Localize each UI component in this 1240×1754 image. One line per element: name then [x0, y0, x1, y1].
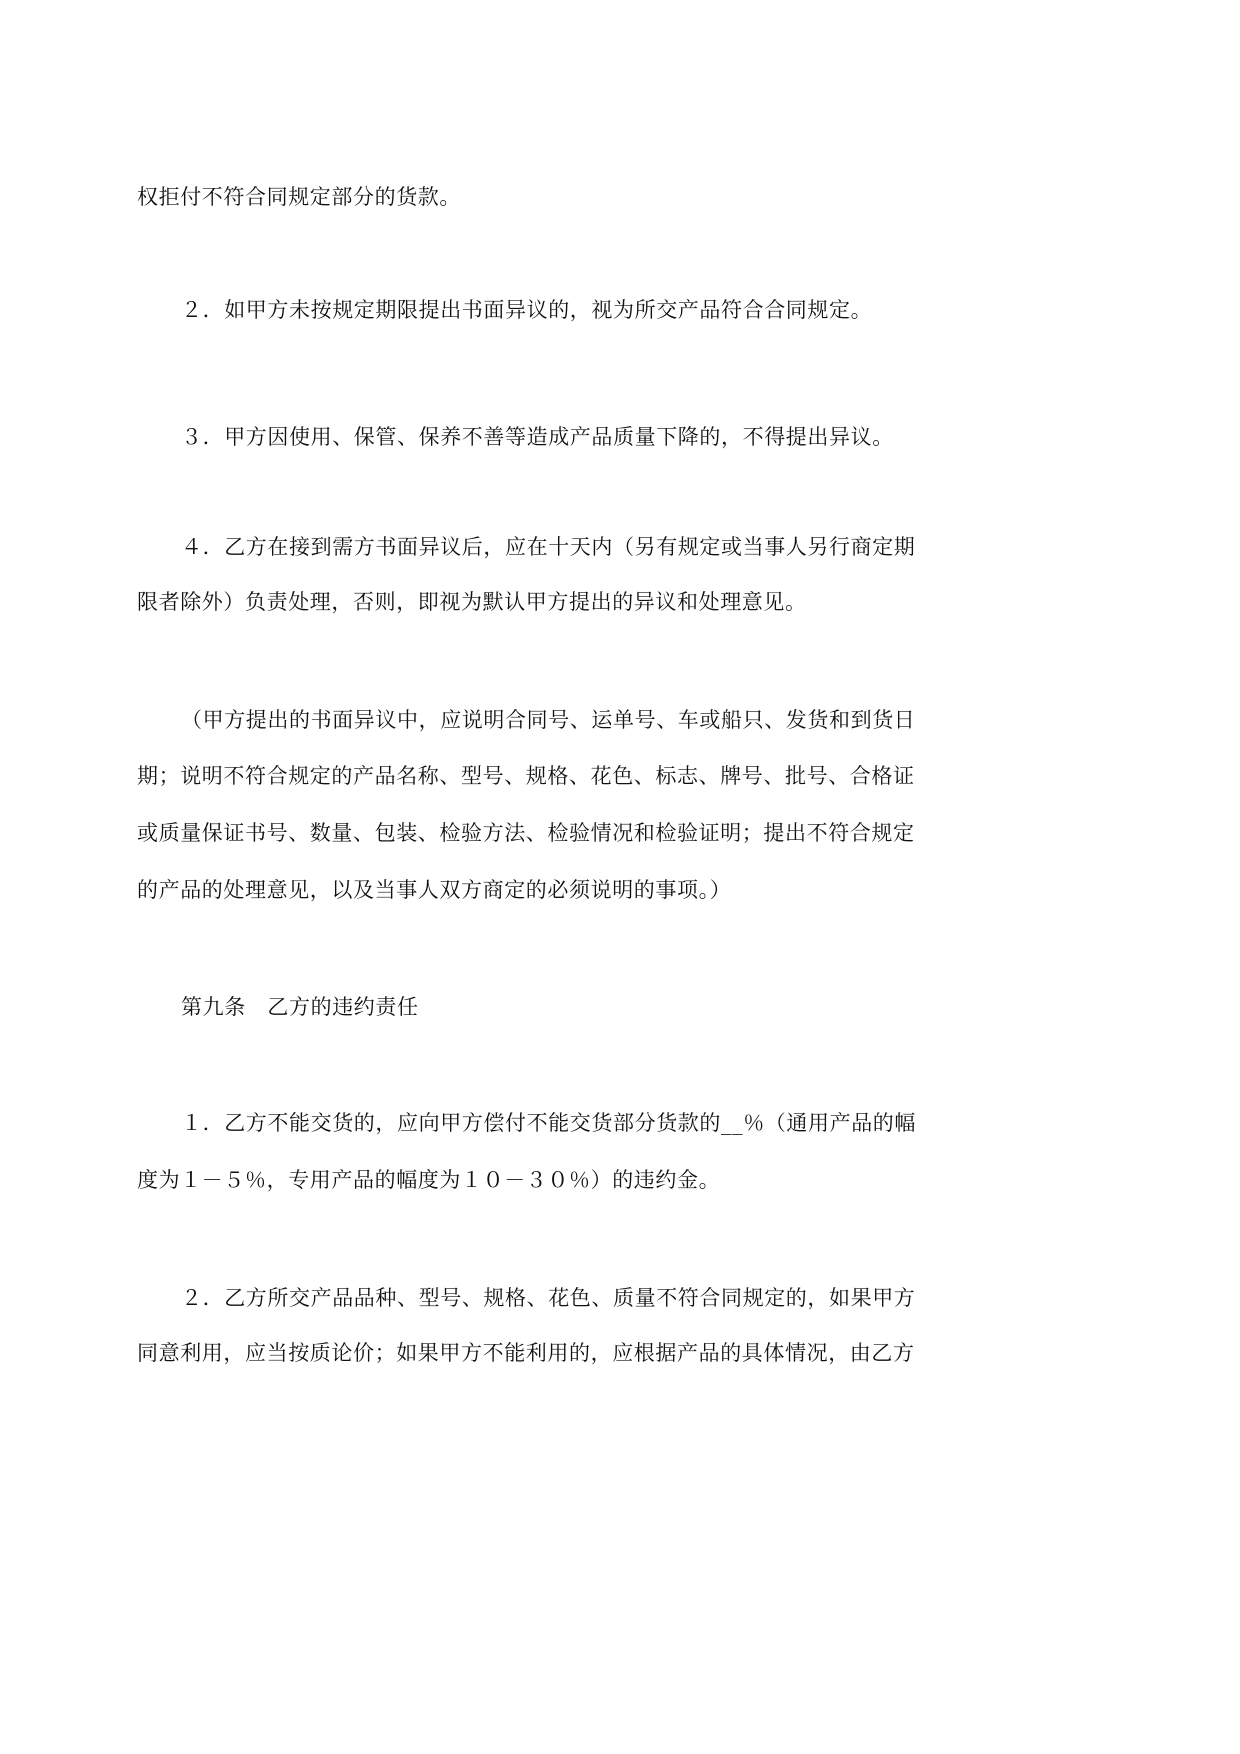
- article-9-clause-2-text: ２．乙方所交产品品种、型号、规格、花色、质量不符合同规定的，如果甲方: [181, 1284, 915, 1312]
- note-paragraph-text-cont: 的产品的处理意见，以及当事人双方商定的必须说明的事项。）: [137, 876, 731, 904]
- article-9-clause-1-text: １．乙方不能交货的，应向甲方偿付不能交货部分货款的__％（通用产品的幅: [181, 1109, 916, 1137]
- note-paragraph-text: （甲方提出的书面异议中，应说明合同号、运单号、车或船只、发货和到货日: [181, 706, 915, 734]
- clause-4-text-cont: 限者除外）负责处理，否则，即视为默认甲方提出的异议和处理意见。: [137, 588, 807, 616]
- clause-2-text: ２．如甲方未按规定期限提出书面异议的，视为所交产品符合合同规定。: [181, 296, 872, 324]
- article-9-heading: 第九条 乙方的违约责任: [181, 993, 419, 1021]
- note-paragraph-text-cont: 期；说明不符合规定的产品名称、型号、规格、花色、标志、牌号、批号、合格证: [137, 762, 915, 790]
- text-line: 权拒付不符合同规定部分的货款。: [137, 183, 461, 211]
- clause-3-text: ３．甲方因使用、保管、保养不善等造成产品质量下降的，不得提出异议。: [181, 423, 894, 451]
- article-9-clause-1-text-cont: 度为１－５％，专用产品的幅度为１０－３０％）的违约金。: [137, 1166, 720, 1194]
- clause-4-text: ４．乙方在接到需方书面异议后，应在十天内（另有规定或当事人另行商定期: [181, 533, 915, 561]
- article-9-clause-2-text-cont: 同意利用，应当按质论价；如果甲方不能利用的，应根据产品的具体情况，由乙方: [137, 1339, 915, 1367]
- note-paragraph-text-cont: 或质量保证书号、数量、包装、检验方法、检验情况和检验证明；提出不符合规定: [137, 819, 915, 847]
